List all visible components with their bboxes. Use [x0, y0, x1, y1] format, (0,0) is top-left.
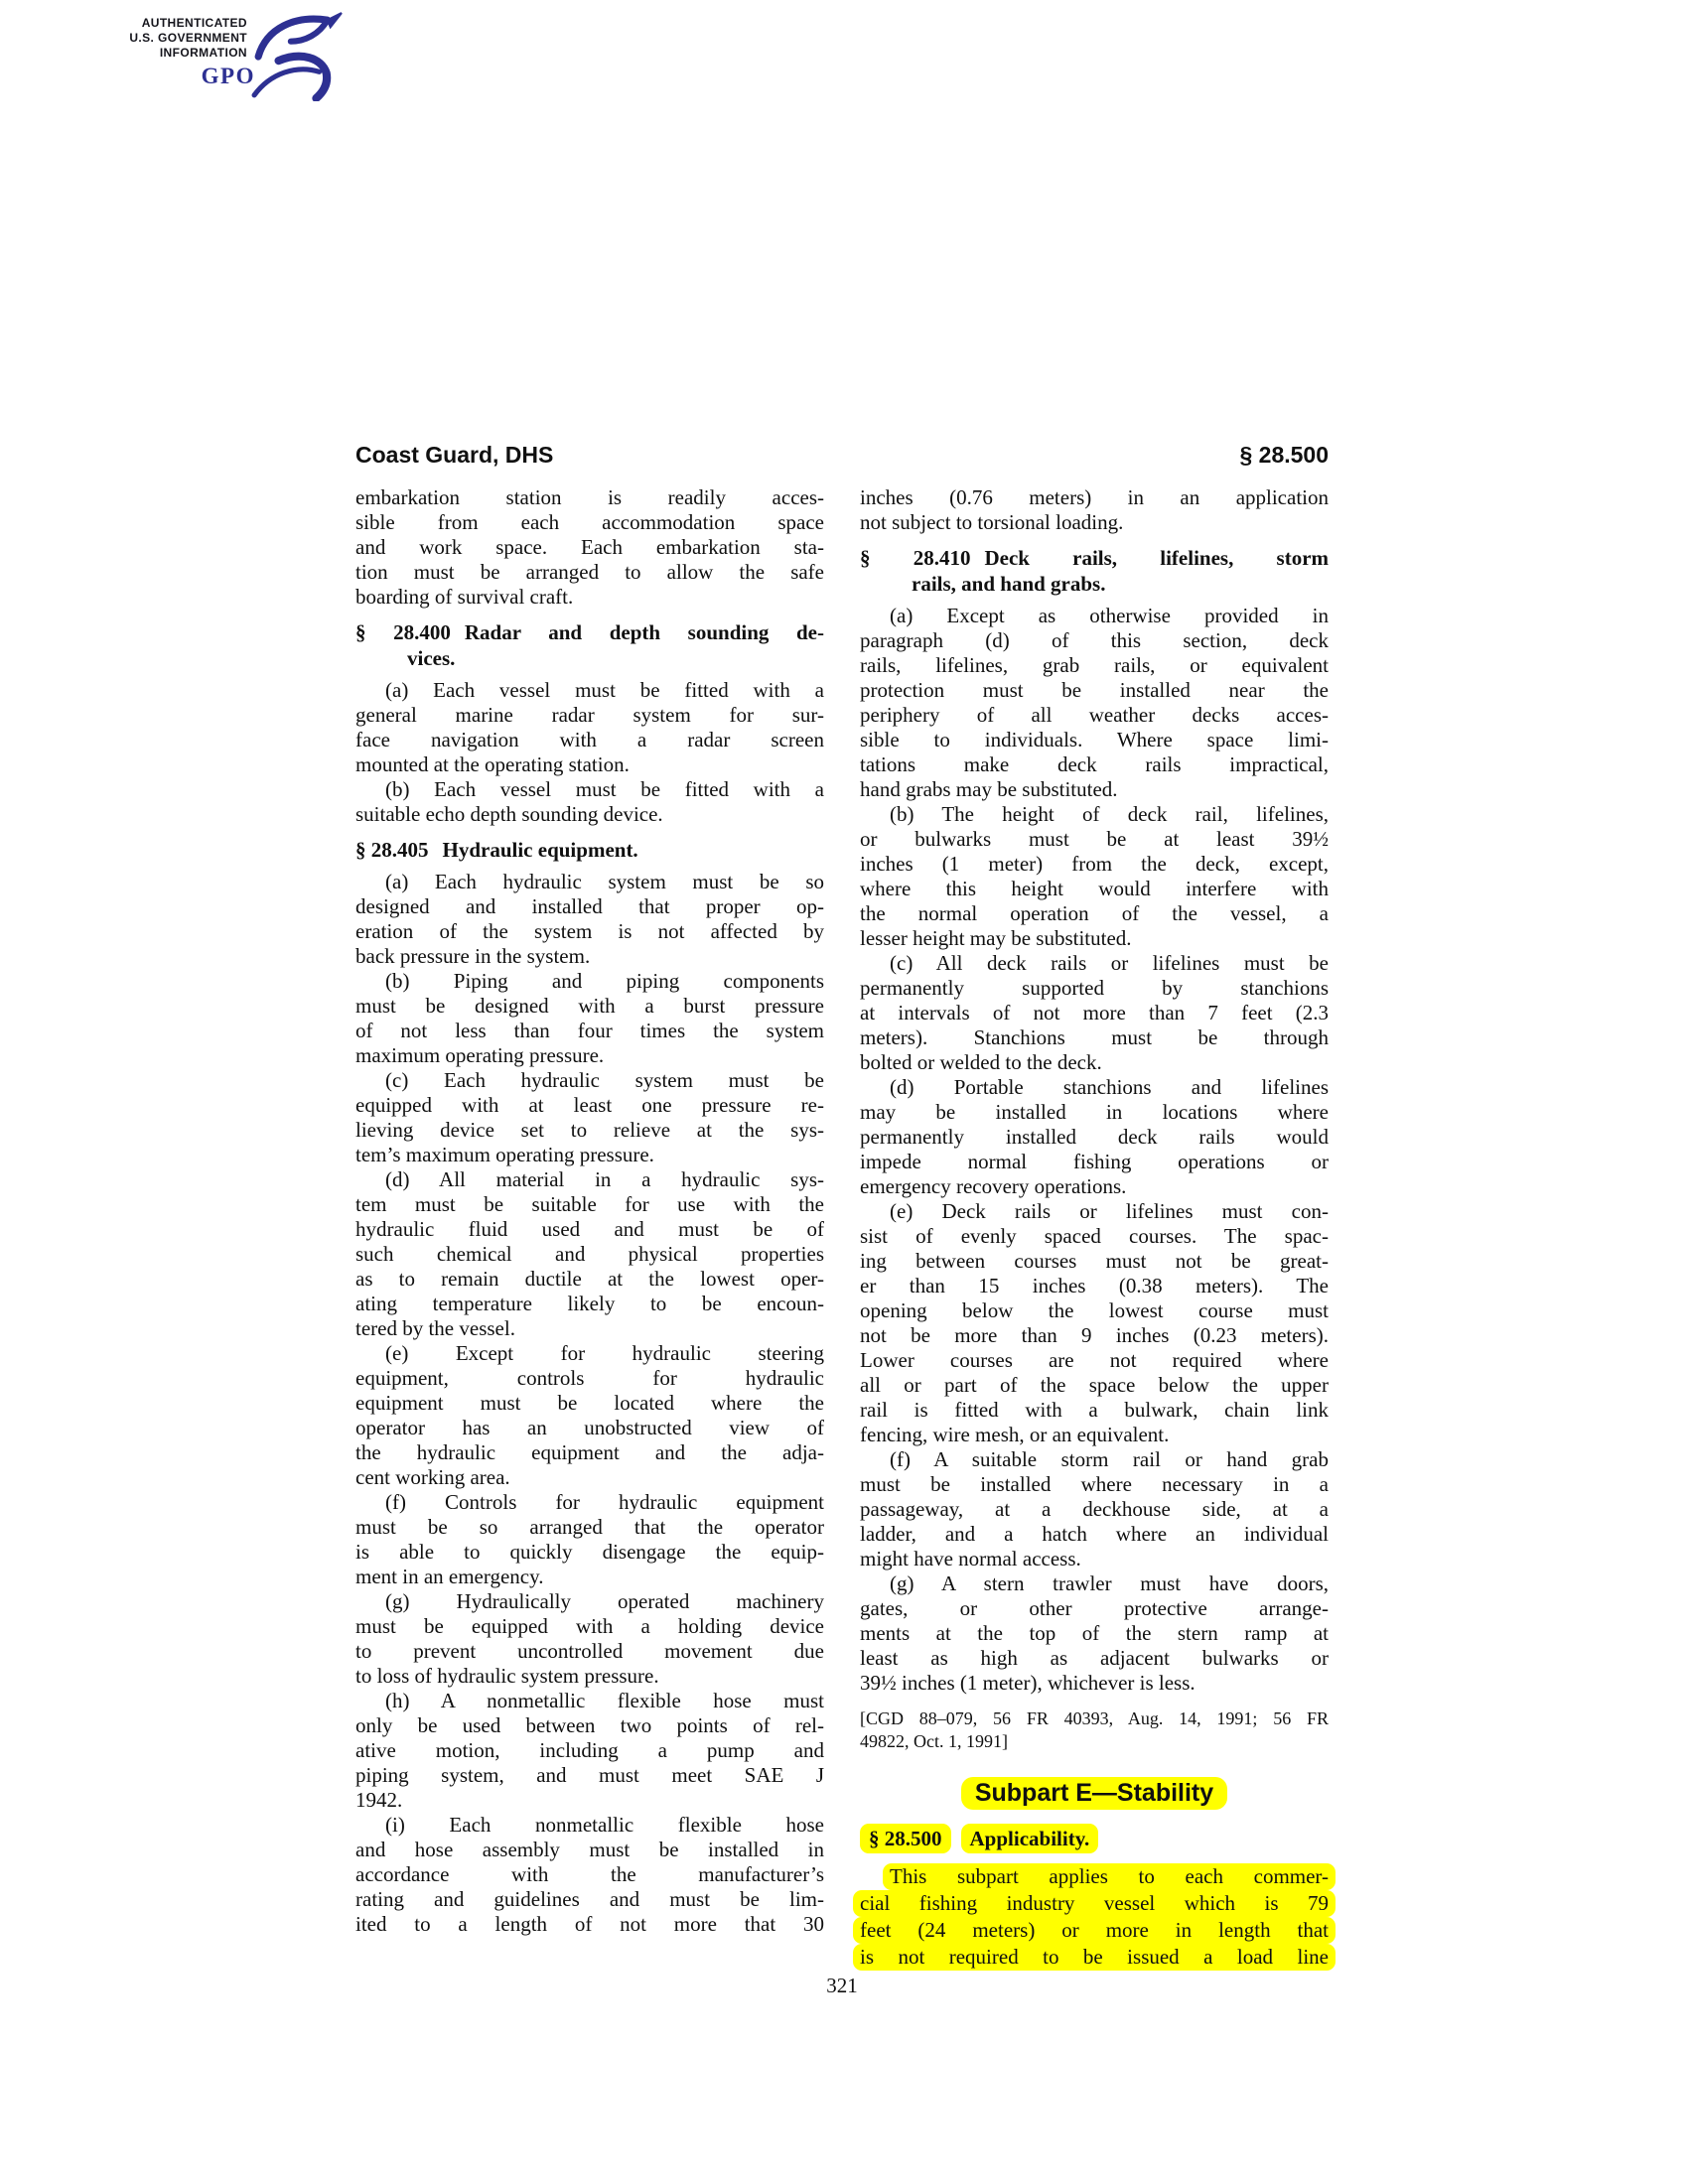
paragraph: (g) A stern trawler must have doors,gate… [860, 1571, 1329, 1696]
section-heading: § 28.400Radar and depth sounding de-vice… [355, 619, 824, 671]
text-line: impede normal fishing operations or [860, 1150, 1329, 1174]
text-line: permanently installed deck rails would [860, 1125, 1329, 1150]
text-line: periphery of all weather decks acces- [860, 703, 1329, 728]
text-line: rating and guidelines and must be lim- [355, 1887, 824, 1912]
text-line: is not required to be issued a load line [853, 1944, 1336, 1971]
text-line: to loss of hydraulic system pressure. [355, 1664, 824, 1689]
text-line: to prevent uncontrolled movement due [355, 1639, 824, 1664]
paragraph: (a) Each vessel must be fitted with agen… [355, 678, 824, 777]
text-line: gates, or other protective arrange- [860, 1596, 1329, 1621]
page-content: Coast Guard, DHS § 28.500 embarkation st… [355, 442, 1329, 1971]
section-heading-line: rails, and hand grabs. [860, 571, 1329, 597]
text-line: only be used between two points of rel- [355, 1713, 824, 1738]
text-line: (b) The height of deck rail, lifelines, [860, 802, 1329, 827]
text-line: ing between courses must not be great- [860, 1249, 1329, 1274]
section-heading-highlighted: § 28.500Applicability. [860, 1824, 1329, 1853]
text-line: (d) Portable stanchions and lifelines [860, 1075, 1329, 1100]
text-line: inches (0.76 meters) in an application [860, 485, 1329, 510]
paragraph: (d) Portable stanchions and lifelinesmay… [860, 1075, 1329, 1199]
text-line: operator has an unobstructed view of [355, 1416, 824, 1440]
paragraph: inches (0.76 meters) in an applicationno… [860, 485, 1329, 535]
text-line: general marine radar system for sur- [355, 703, 824, 728]
two-column-layout: embarkation station is readily acces-sib… [355, 485, 1329, 1971]
left-column: embarkation station is readily acces-sib… [355, 485, 824, 1971]
text-line: equipped with at least one pressure re- [355, 1093, 824, 1118]
paragraph: (a) Except as otherwise provided inparag… [860, 604, 1329, 802]
paragraph: (h) A nonmetallic flexible hose mustonly… [355, 1689, 824, 1813]
text-line: (e) Except for hydraulic steering [355, 1341, 824, 1366]
text-line: inches (1 meter) from the deck, except, [860, 852, 1329, 877]
citation-line: 49822, Oct. 1, 1991] [860, 1730, 1329, 1753]
text-line: and work space. Each embarkation sta- [355, 535, 824, 560]
paragraph: (c) All deck rails or lifelines must bep… [860, 951, 1329, 1075]
text-line: of not less than four times the system [355, 1019, 824, 1043]
text-line: ating temperature likely to be encoun- [355, 1292, 824, 1316]
section-heading: § 28.405Hydraulic equipment. [355, 837, 824, 863]
text-line: might have normal access. [860, 1547, 1329, 1571]
text-line: designed and installed that proper op- [355, 894, 824, 919]
text-line: (a) Each vessel must be fitted with a [355, 678, 824, 703]
paragraph: (a) Each hydraulic system must be sodesi… [355, 870, 824, 969]
text-line: or bulwarks must be at least 39½ [860, 827, 1329, 852]
gpo-eagle-icon [245, 10, 349, 101]
text-line: must be designed with a burst pressure [355, 994, 824, 1019]
text-line: hand grabs may be substituted. [860, 777, 1329, 802]
text-line: ments at the top of the stern ramp at [860, 1621, 1329, 1646]
section-heading-line: § 28.400Radar and depth sounding de- [355, 619, 824, 645]
section-title: Hydraulic equipment. [443, 838, 638, 862]
text-line: (g) A stern trawler must have doors, [860, 1571, 1329, 1596]
text-line: (h) A nonmetallic flexible hose must [355, 1689, 824, 1713]
subpart-heading-highlight: Subpart E—Stability [961, 1777, 1227, 1810]
text-line: may be installed in locations where [860, 1100, 1329, 1125]
text-line: cial fishing industry vessel which is 79 [853, 1890, 1336, 1917]
text-line: (b) Piping and piping components [355, 969, 824, 994]
text-line: (e) Deck rails or lifelines must con- [860, 1199, 1329, 1224]
text-line: passageway, at a deckhouse side, at a [860, 1497, 1329, 1522]
text-line: (f) Controls for hydraulic equipment [355, 1490, 824, 1515]
subpart-heading: Subpart E—Stability [860, 1777, 1329, 1810]
text-line: tations make deck rails impractical, [860, 752, 1329, 777]
text-line: cent working area. [355, 1465, 824, 1490]
text-line: lesser height may be substituted. [860, 926, 1329, 951]
section-number: § 28.405 [355, 838, 429, 862]
text-line: all or part of the space below the upper [860, 1373, 1329, 1398]
text-line: mounted at the operating station. [355, 752, 824, 777]
text-line: suitable echo depth sounding device. [355, 802, 824, 827]
gpo-logo: AUTHENTICATED U.S. GOVERNMENT INFORMATIO… [121, 10, 335, 94]
paragraph: embarkation station is readily acces-sib… [355, 485, 824, 610]
paragraph: (d) All material in a hydraulic sys-tem … [355, 1167, 824, 1341]
text-line: tem must be suitable for use with the [355, 1192, 824, 1217]
text-line: back pressure in the system. [355, 944, 824, 969]
text-line: This subpart applies to each commer- [883, 1863, 1336, 1890]
text-line: bolted or welded to the deck. [860, 1050, 1329, 1075]
text-line: at intervals of not more than 7 feet (2.… [860, 1001, 1329, 1025]
paragraph: (g) Hydraulically operated machinerymust… [355, 1589, 824, 1689]
section-number-highlight: § 28.500 [860, 1824, 951, 1853]
section-heading-line: § 28.405Hydraulic equipment. [355, 837, 824, 863]
gpo-auth-line: INFORMATION [108, 46, 247, 61]
paragraph: (e) Except for hydraulic steeringequipme… [355, 1341, 824, 1490]
text-line: boarding of survival craft. [355, 585, 824, 610]
text-line: (i) Each nonmetallic flexible hose [355, 1813, 824, 1838]
text-line: feet (24 meters) or more in length that [853, 1917, 1336, 1944]
text-line: rail is fitted with a bulwark, chain lin… [860, 1398, 1329, 1423]
text-line: tion must be arranged to allow the safe [355, 560, 824, 585]
text-line: opening below the lowest course must [860, 1298, 1329, 1323]
citation-line: [CGD 88–079, 56 FR 40393, Aug. 14, 1991;… [860, 1707, 1329, 1730]
text-line: lieving device set to relieve at the sys… [355, 1118, 824, 1143]
text-line: rails, lifelines, grab rails, or equival… [860, 653, 1329, 678]
text-line: where this height would interfere with [860, 877, 1329, 901]
text-line: sist of evenly spaced courses. The spac- [860, 1224, 1329, 1249]
text-line: er than 15 inches (0.38 meters). The [860, 1274, 1329, 1298]
paragraph: (f) Controls for hydraulic equipmentmust… [355, 1490, 824, 1589]
text-line: ited to a length of not more that 30 [355, 1912, 824, 1937]
text-line: fencing, wire mesh, or an equivalent. [860, 1423, 1329, 1447]
text-line: embarkation station is readily acces- [355, 485, 824, 510]
paragraph: (i) Each nonmetallic flexible hoseand ho… [355, 1813, 824, 1937]
paragraph: (f) A suitable storm rail or hand grabmu… [860, 1447, 1329, 1571]
text-line: (f) A suitable storm rail or hand grab [860, 1447, 1329, 1472]
text-line: least as high as adjacent bulwarks or [860, 1646, 1329, 1671]
text-line: (a) Each hydraulic system must be so [355, 870, 824, 894]
text-line: ladder, and a hatch where an individual [860, 1522, 1329, 1547]
text-line: (c) All deck rails or lifelines must be [860, 951, 1329, 976]
text-line: not be more than 9 inches (0.23 meters). [860, 1323, 1329, 1348]
paragraph: (b) Piping and piping componentsmust be … [355, 969, 824, 1068]
text-line: equipment, controls for hydraulic [355, 1366, 824, 1391]
text-line: Lower courses are not required where [860, 1348, 1329, 1373]
text-line: accordance with the manufacturer’s [355, 1862, 824, 1887]
section-title-highlight: Applicability. [961, 1824, 1099, 1853]
paragraph: (b) The height of deck rail, lifelines,o… [860, 802, 1329, 951]
text-line: tem’s maximum operating pressure. [355, 1143, 824, 1167]
text-line: not subject to torsional loading. [860, 510, 1329, 535]
text-line: (a) Except as otherwise provided in [860, 604, 1329, 628]
page-number: 321 [355, 1974, 1329, 1998]
section-heading: § 28.410Deck rails, lifelines, stormrail… [860, 545, 1329, 597]
text-line: protection must be installed near the [860, 678, 1329, 703]
text-line: ment in an emergency. [355, 1565, 824, 1589]
text-line: tered by the vessel. [355, 1316, 824, 1341]
text-line: the hydraulic equipment and the adja- [355, 1440, 824, 1465]
text-line: piping system, and must meet SAE J [355, 1763, 824, 1788]
text-line: paragraph (d) of this section, deck [860, 628, 1329, 653]
text-line: the normal operation of the vessel, a [860, 901, 1329, 926]
text-line: sible from each accommodation space [355, 510, 824, 535]
section-title: Deck rails, lifelines, storm [984, 546, 1329, 570]
text-line: face navigation with a radar screen [355, 728, 824, 752]
text-line: such chemical and physical properties [355, 1242, 824, 1267]
running-head-right: § 28.500 [1239, 442, 1329, 469]
paragraph: (b) Each vessel must be fitted with asui… [355, 777, 824, 827]
text-line: 1942. [355, 1788, 824, 1813]
gpo-auth-line: U.S. GOVERNMENT [108, 31, 247, 46]
text-line: must be equipped with a holding device [355, 1614, 824, 1639]
text-line: (d) All material in a hydraulic sys- [355, 1167, 824, 1192]
text-line: emergency recovery operations. [860, 1174, 1329, 1199]
text-line: permanently supported by stanchions [860, 976, 1329, 1001]
text-line: 39½ inches (1 meter), whichever is less. [860, 1671, 1329, 1696]
highlighted-paragraph: This subpart applies to each commer-cial… [860, 1863, 1329, 1971]
text-line: is able to quickly disengage the equip- [355, 1540, 824, 1565]
text-line: maximum operating pressure. [355, 1043, 824, 1068]
section-number: § 28.410 [860, 546, 970, 570]
section-title: Radar and depth sounding de- [465, 620, 824, 644]
text-line: sible to individuals. Where space limi- [860, 728, 1329, 752]
text-line: must be so arranged that the operator [355, 1515, 824, 1540]
text-line: and hose assembly must be installed in [355, 1838, 824, 1862]
text-line: (g) Hydraulically operated machinery [355, 1589, 824, 1614]
section-number: § 28.400 [355, 620, 451, 644]
section-heading-line: § 28.410Deck rails, lifelines, storm [860, 545, 1329, 571]
document-page: AUTHENTICATED U.S. GOVERNMENT INFORMATIO… [0, 0, 1688, 2184]
running-head-left: Coast Guard, DHS [355, 442, 553, 469]
running-header: Coast Guard, DHS § 28.500 [355, 442, 1329, 469]
text-line: ative motion, including a pump and [355, 1738, 824, 1763]
text-line: equipment must be located where the [355, 1391, 824, 1416]
text-line: hydraulic fluid used and must be of [355, 1217, 824, 1242]
right-column: inches (0.76 meters) in an applicationno… [860, 485, 1329, 1971]
paragraph: (c) Each hydraulic system must beequippe… [355, 1068, 824, 1167]
text-line: eration of the system is not affected by [355, 919, 824, 944]
section-heading-line: vices. [355, 645, 824, 671]
paragraph: (e) Deck rails or lifelines must con-sis… [860, 1199, 1329, 1447]
text-line: (b) Each vessel must be fitted with a [355, 777, 824, 802]
gpo-authenticated-text: AUTHENTICATED U.S. GOVERNMENT INFORMATIO… [108, 16, 247, 61]
text-line: (c) Each hydraulic system must be [355, 1068, 824, 1093]
gpo-auth-line: AUTHENTICATED [108, 16, 247, 31]
text-line: must be installed where necessary in a [860, 1472, 1329, 1497]
source-citation: [CGD 88–079, 56 FR 40393, Aug. 14, 1991;… [860, 1707, 1329, 1753]
text-line: meters). Stanchions must be through [860, 1025, 1329, 1050]
text-line: as to remain ductile at the lowest oper- [355, 1267, 824, 1292]
